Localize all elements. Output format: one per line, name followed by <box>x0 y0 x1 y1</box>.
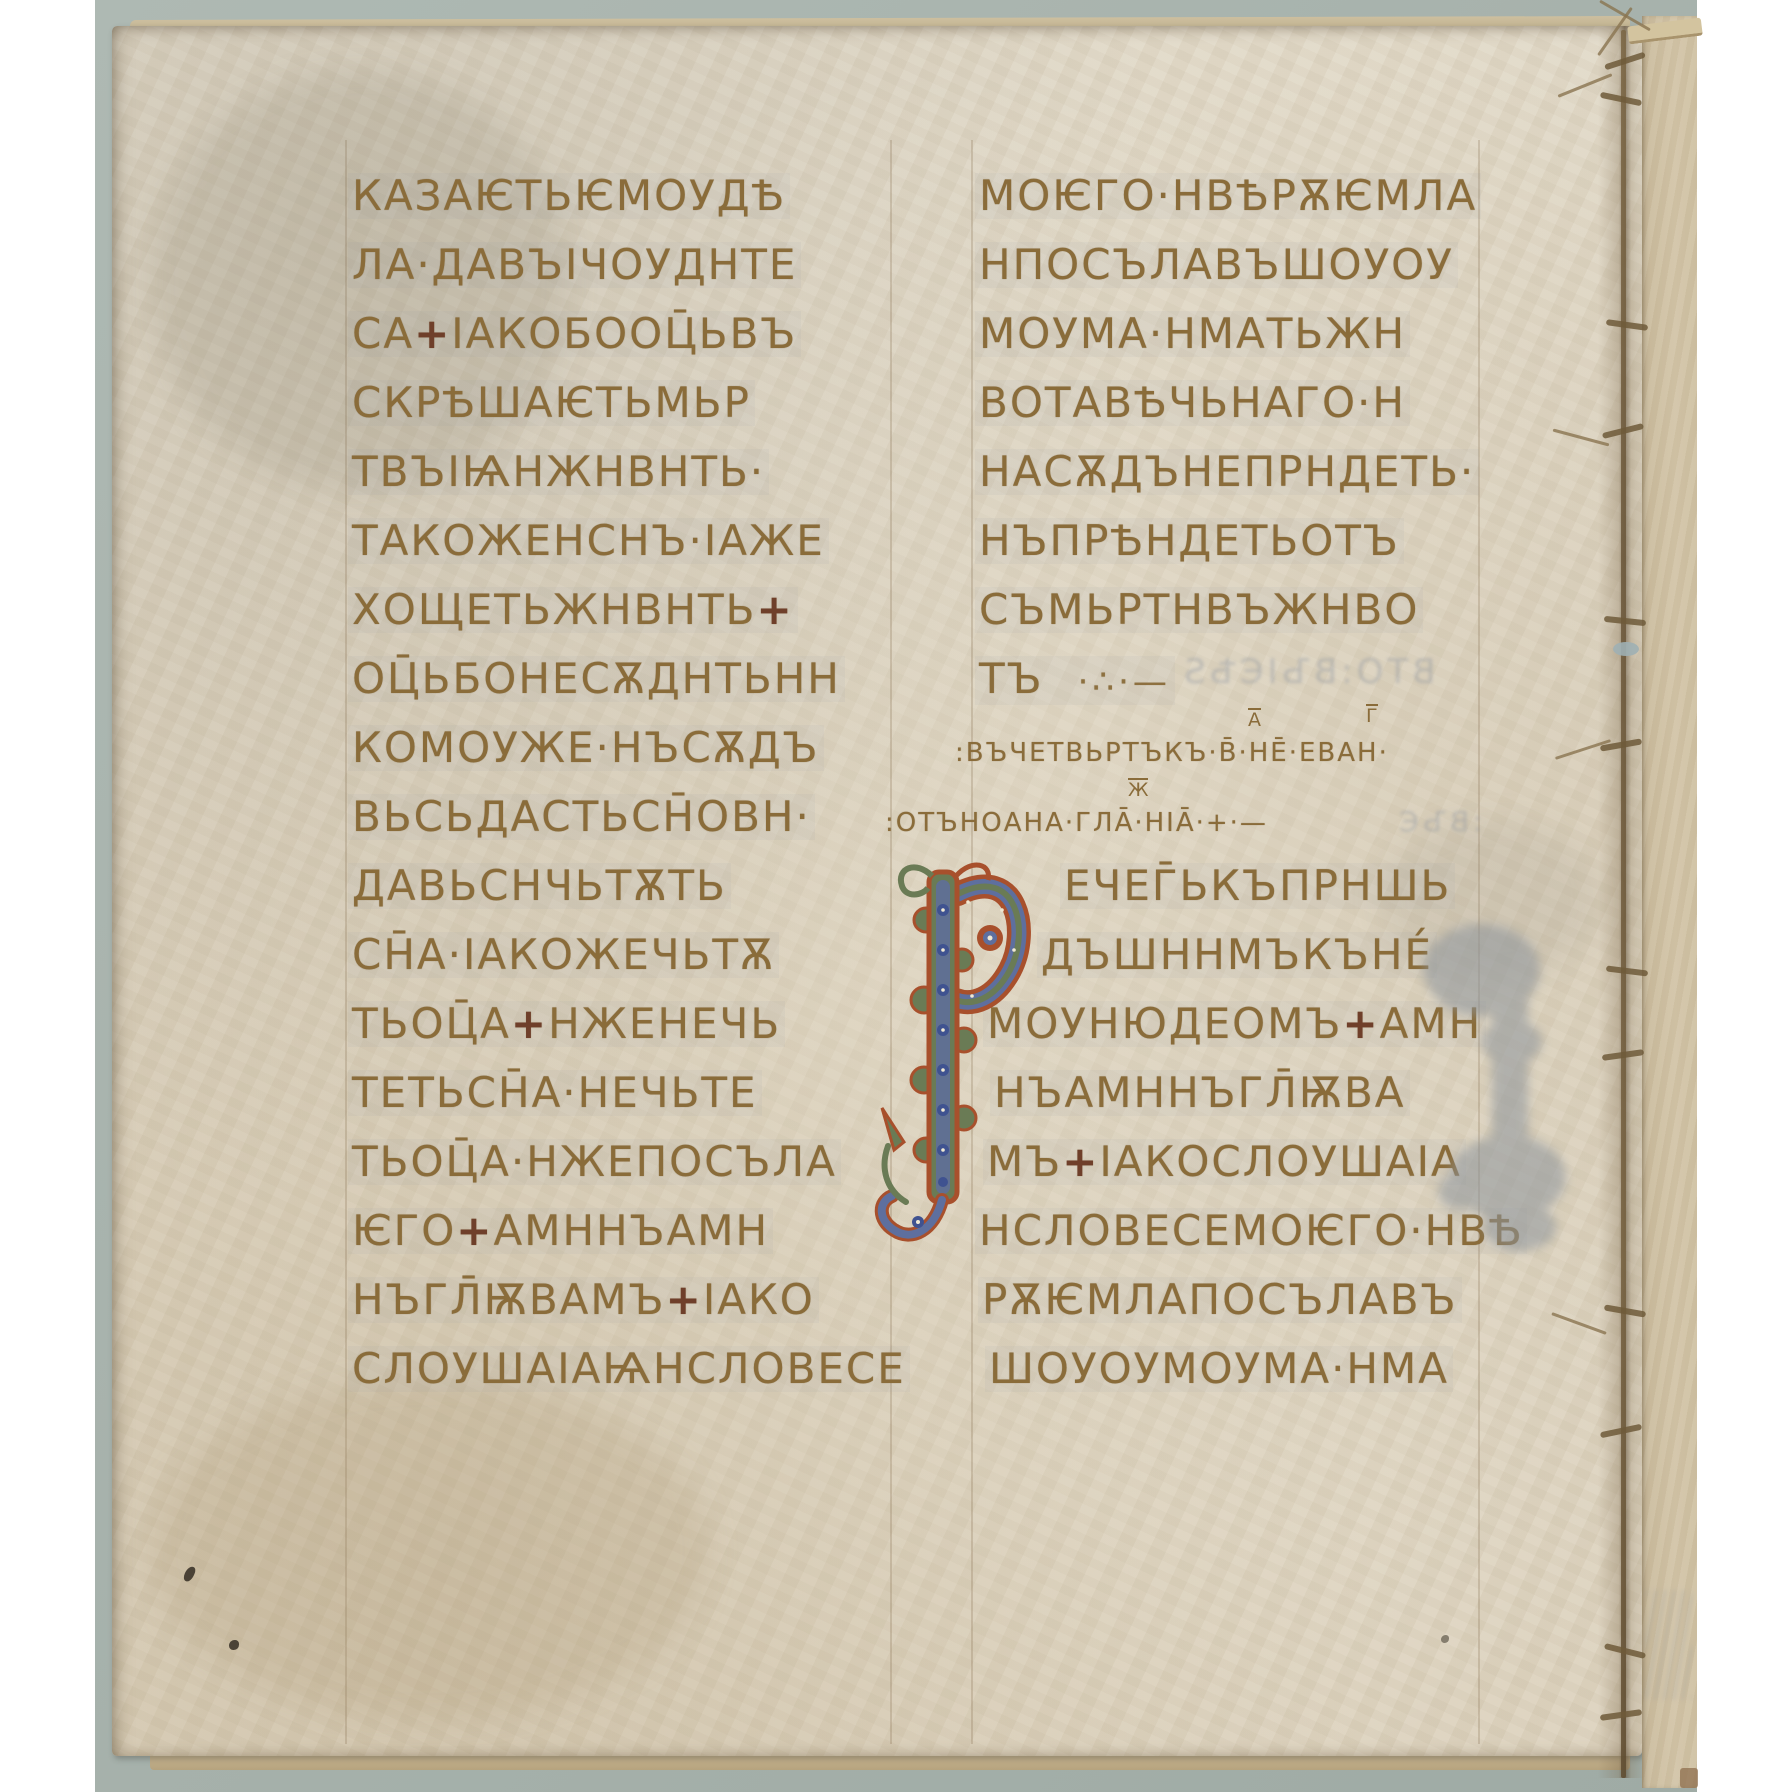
manuscript-text-line: ѤГО+АМННЪАМН <box>348 1208 773 1254</box>
manuscript-text-line: ЕЧЕГ̄ЬКЪПРНШЬ <box>1060 863 1455 909</box>
manuscript-text-line: РѪѤМЛАПОСЪЛАВЪ <box>978 1277 1462 1323</box>
manuscript-text-line: ДЪШННМЪКЪНЕ́ <box>1037 932 1437 978</box>
binding-seam-line <box>1621 30 1626 1778</box>
manuscript-text-line: ШОУОУМОУМА·НМА <box>985 1346 1453 1392</box>
cross-mark: + <box>1062 1137 1099 1186</box>
cross-mark: + <box>414 309 451 358</box>
parchment-stain <box>150 1380 710 1720</box>
rubric-superscript-a: А <box>1248 708 1261 730</box>
illuminated-initial-art <box>872 850 1032 1250</box>
manuscript-text-line: ЛА·ДАВЪІЧОУДНТЕ <box>348 242 801 288</box>
manuscript-text-line: МОУНЮДЕОМЪ+АМН <box>983 1001 1486 1047</box>
manuscript-text-line: НЪАМННЪГЛ̄ѬВА <box>990 1070 1410 1116</box>
pericope-end-ornament: ·∴·— <box>1078 662 1171 702</box>
cross-mark: + <box>1342 999 1379 1048</box>
manuscript-text-line: МОУМА·НМАТЬЖН <box>975 311 1410 357</box>
manuscript-text-line: СА+ІАКОБООЦ̄ЬВЪ <box>348 311 801 357</box>
manuscript-photo: { "document": { "kind": "Medieval Gospel… <box>0 0 1792 1792</box>
manuscript-text-line: НАСѪДЪНЕПРНДЕТЬ· <box>975 449 1479 495</box>
manuscript-text-line: СН̄А·ІАКОЖЕЧЬТѪ <box>348 932 779 978</box>
manuscript-text-line: СЪМЬРТНВЪЖНВО <box>975 587 1423 633</box>
showthrough-text: :ВЪЄ <box>1395 805 1483 838</box>
manuscript-text-line: ТЬОЦ̄А·НЖЕПОСЪЛА <box>348 1139 841 1185</box>
manuscript-text-line: ОЦ̄ЬБОНЕСѪДНТЬНН <box>348 656 845 702</box>
manuscript-text-line: НЪГЛ̄ѬВАМЪ+ІАКО <box>348 1277 819 1323</box>
adjacent-folio-edge <box>1642 16 1697 1788</box>
manuscript-text-line: ДАВЬСНЧЬТѪТЬ <box>348 863 731 909</box>
showthrough-scribble <box>1646 1590 1692 1700</box>
rubric-superscript-g: Г <box>1366 704 1378 726</box>
manuscript-text-line: НЪПРѢНДЕТЬОТЪ <box>975 518 1404 564</box>
illuminated-initial <box>872 850 1032 1250</box>
manuscript-text-line: ХОЩЕТЬЖНВНТЬ+ <box>348 587 798 633</box>
manuscript-text-line: СКРѢШАѤТЬМЬР <box>348 380 755 426</box>
rubric-line-1: :ВЪЧЕТВЬРТЪКЪ·В̄·НЕ̄·ЕВАН· <box>955 738 1389 768</box>
manuscript-text-line: ВОТАВѢЧЬНАГО·Н <box>975 380 1410 426</box>
rubric-line-2: :ОТЪНОАНА·ГЛА̄·НІА̄·+·— <box>885 808 1268 838</box>
manuscript-text-line: МЪ+ІАКОСЛОУШАІА <box>983 1139 1466 1185</box>
manuscript-text-line: СЛОУШАІАѨНСЛОВЕСЕ <box>348 1346 910 1392</box>
cross-mark: + <box>511 999 548 1048</box>
showthrough-text: ВТО:ВЪІЄѢЅ <box>1180 652 1436 692</box>
cross-mark: + <box>666 1275 703 1324</box>
showthrough-initial <box>1420 922 1595 1257</box>
manuscript-text-line: КАЗАѤТЬѤМОУДѢ <box>348 173 790 219</box>
manuscript-text-line: НПОСЪЛАВЪШОУОУ <box>975 242 1458 288</box>
manuscript-text-line: ТВЪІѨНЖНВНТЬ· <box>348 449 769 495</box>
manuscript-text-line: ТЪ·∴·— <box>975 656 1175 705</box>
manuscript-text-line: ТАКОЖЕНСНЪ·ІАЖЕ <box>348 518 829 564</box>
cross-mark: + <box>456 1206 493 1255</box>
sewing-hole <box>1613 642 1639 656</box>
cross-mark: + <box>756 585 793 634</box>
manuscript-text-line: ТЕТЬСН̄А·НЕЧЬТЕ <box>348 1070 762 1116</box>
manuscript-text-line: МОѤГО·НВѢРѪѤМЛА <box>975 173 1481 219</box>
manuscript-text-line: ВЬСЬДАСТЬСН̄ОВН· <box>348 794 815 840</box>
manuscript-text-line: ТЬОЦ̄А+НЖЕНЕЧЬ <box>348 1001 785 1047</box>
manuscript-text-line: КОМОУЖЕ·НЪСѪДЪ <box>348 725 824 771</box>
rubric-superscript-zh: Ж <box>1128 778 1148 800</box>
adjacent-folio-corner <box>1680 1768 1698 1788</box>
